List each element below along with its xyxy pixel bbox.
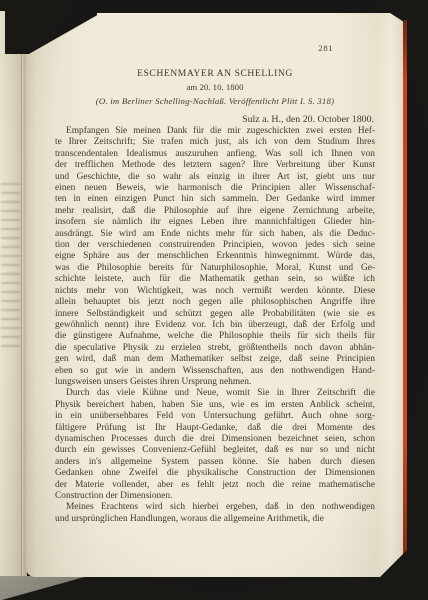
text-line: ausdrängt. Sie wird am Ende nichts mehr … bbox=[55, 229, 375, 240]
opposite-page-edge bbox=[0, 11, 27, 577]
text-line: Durch das viele Kühne und Neue, womit Si… bbox=[55, 388, 375, 399]
text-line: die speculative Physik zu erzielen streb… bbox=[55, 343, 375, 354]
text-line: Physik bereichert haben, haben Sie uns, … bbox=[55, 400, 375, 411]
page-number: 281 bbox=[55, 13, 375, 53]
book-page: 281 ESCHENMAYER AN SCHELLING am 20. 10. … bbox=[26, 13, 403, 577]
text-line: in ein unübersehbares Feld von Untersuch… bbox=[55, 411, 375, 422]
table-surface-wedge bbox=[0, 576, 88, 600]
text-line: ten in einen einzigen Punct hin sich sam… bbox=[55, 194, 375, 205]
text-line: und Geschichte, die so wahr als einzig i… bbox=[55, 172, 375, 183]
text-line: insofern sie nämlich ihr eignes Leben ih… bbox=[55, 217, 375, 228]
text-line: mehr realisirt, daß die Philosophie auf … bbox=[55, 206, 375, 217]
text-line: Construction der Dimensionen. bbox=[55, 491, 375, 502]
text-line: tion der verschiedenen construirenden Pr… bbox=[55, 240, 375, 251]
text-line: transcendentalen Idealismus auszuruhen a… bbox=[55, 149, 375, 160]
letter-title: ESCHENMAYER AN SCHELLING bbox=[55, 68, 375, 79]
text-line: durch ein gewisses Convenienz-Gefühl beg… bbox=[55, 445, 375, 456]
text-line: gen wird, daß man dem Mathematiker selbs… bbox=[55, 354, 375, 365]
source-note: (O. im Berliner Schelling-Nachlaß. Veröf… bbox=[55, 96, 375, 106]
text-line: und ursprünglichen Handlungen, woraus di… bbox=[55, 514, 375, 525]
paragraph: Meines Erachtens wird sich hierbei ergeb… bbox=[55, 502, 375, 525]
gutter-crease bbox=[21, 11, 23, 577]
text-line: lungsweisen unsers Geistes ihren Ursprun… bbox=[55, 377, 375, 388]
text-line: innere Selbständigkeit und schützt gegen… bbox=[55, 309, 375, 320]
text-line: fältigere Prüfung ist Ihr Haupt-Gedanke,… bbox=[55, 423, 375, 434]
text-line: der trefflichen Methode des letztern sag… bbox=[55, 160, 375, 171]
text-line: was die Philosophie bereits für Naturphi… bbox=[55, 263, 375, 274]
dateline: Sulz a. H., den 20. October 1800. bbox=[55, 114, 375, 125]
text-line: eigne Sphäre aus der menschlichen Erkenn… bbox=[55, 251, 375, 262]
paragraph: Durch das viele Kühne und Neue, womit Si… bbox=[55, 388, 375, 502]
text-line: Gedanken ohne Zweifel die physikalische … bbox=[55, 468, 375, 479]
text-line: schichte leistete, auch für die Mathemat… bbox=[55, 274, 375, 285]
letter-body: Empfangen Sie meinen Dank für die mir zu… bbox=[55, 126, 375, 525]
text-line: einen neuen Beweis, wie harmonisch die P… bbox=[55, 183, 375, 194]
page-content: 281 ESCHENMAYER AN SCHELLING am 20. 10. … bbox=[26, 13, 403, 577]
text-line: gewöhnlich nennt) ihre Evidenz vor. Ich … bbox=[55, 320, 375, 331]
text-line: nichts mehr von Wichtigkeit, was noch ve… bbox=[55, 286, 375, 297]
photo-backdrop: { "page_number": "281", "header": { "tit… bbox=[0, 0, 428, 600]
text-line: der Materie vollendet, aber es fehlt jet… bbox=[55, 480, 375, 491]
letter-date: am 20. 10. 1800 bbox=[55, 82, 375, 92]
text-line: eben so gut wie in andern Wissenschaften… bbox=[55, 366, 375, 377]
text-line: te Ihrer Zeitschrift; Sie trafen mich ju… bbox=[55, 137, 375, 148]
text-line: Meines Erachtens wird sich hierbei ergeb… bbox=[55, 502, 375, 513]
text-line: dynamischen Processes durch die drei Dim… bbox=[55, 434, 375, 445]
text-line: Empfangen Sie meinen Dank für die mir zu… bbox=[55, 126, 375, 137]
text-line: die günstigere Aufnahme, welche die Phil… bbox=[55, 331, 375, 342]
paragraph: Empfangen Sie meinen Dank für die mir zu… bbox=[55, 126, 375, 388]
text-line: allein behauptet bis jetzt noch gegen al… bbox=[55, 297, 375, 308]
showthrough-text-blur bbox=[1, 176, 20, 351]
text-line: anders in's allgemeine System passen kön… bbox=[55, 457, 375, 468]
